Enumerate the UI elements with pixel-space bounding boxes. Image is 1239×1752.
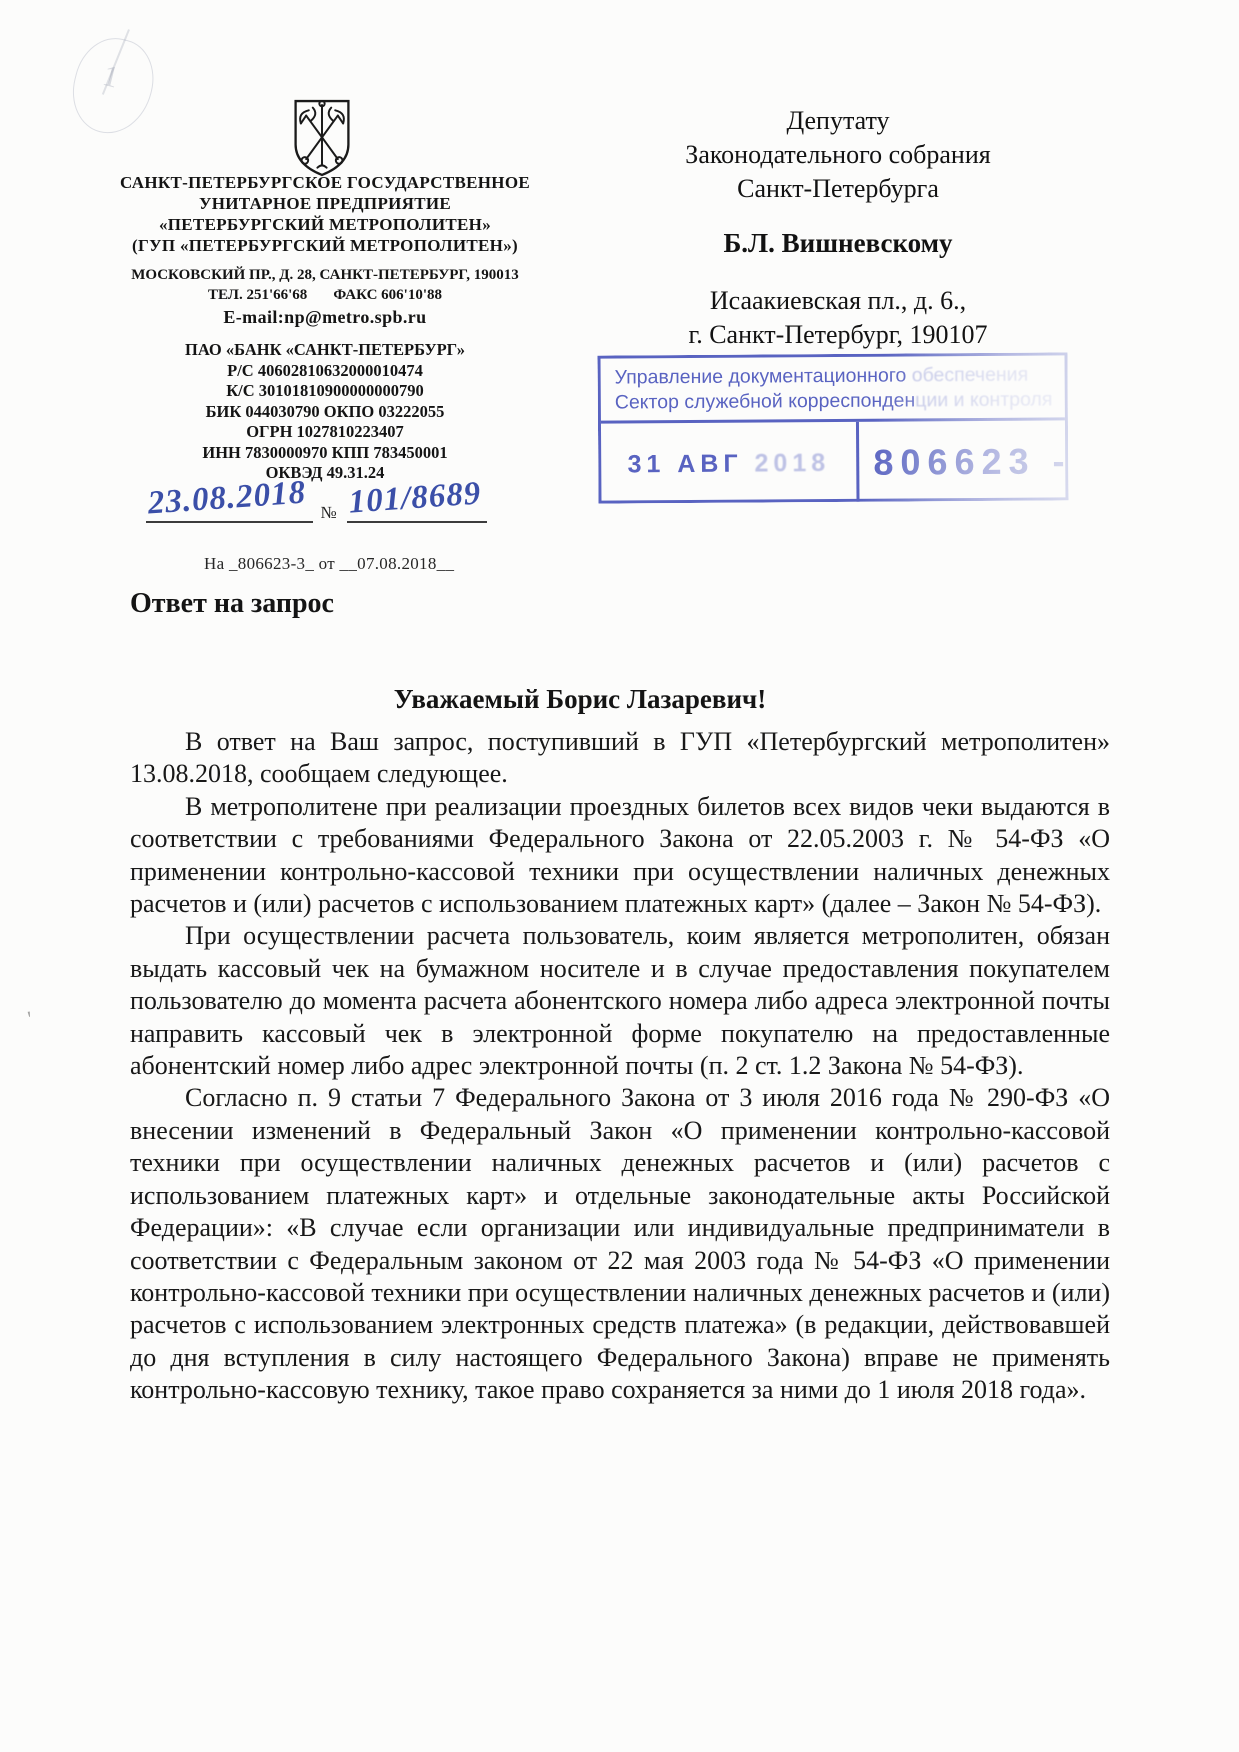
stamp-department-line: Управление документационного обеспечения	[615, 362, 1061, 390]
stamp-text: Сектор служебной корреспонден	[615, 389, 916, 413]
recipient-name: Б.Л. Вишневскому	[598, 226, 1078, 260]
bank-detail-line: ПАО «БАНК «САНКТ-ПЕТЕРБУРГ»	[100, 340, 550, 361]
spb-coat-of-arms-icon	[289, 96, 355, 180]
stamp-text: Управление документационного	[615, 364, 912, 388]
org-fax: ФАКС 606'10'88	[333, 287, 442, 303]
pencil-circle-mark: 1	[64, 30, 163, 142]
recipient-title: Законодательного собрания	[598, 138, 1078, 172]
recipient-address-line: г. Санкт-Петербург, 190107	[598, 318, 1078, 352]
stamp-date: 31 АВГ 2018	[601, 448, 856, 479]
body-paragraph: В метрополитене при реализации проездных…	[130, 791, 1110, 921]
stamp-date-daymonth: 31 АВГ	[627, 449, 754, 478]
bank-details: ПАО «БАНК «САНКТ-ПЕТЕРБУРГ» Р/С 40602810…	[100, 340, 550, 484]
handwritten-number: 101/8689	[347, 475, 482, 521]
body-paragraph: Согласно п. 9 статьи 7 Федерального Зако…	[130, 1082, 1110, 1406]
body-paragraph: В ответ на Ваш запрос, поступивший в ГУП…	[130, 726, 1110, 791]
bank-detail-line: БИК 044030790 ОКПО 03222055	[100, 402, 550, 423]
org-name-line: УНИТАРНОЕ ПРЕДПРИЯТИЕ	[100, 193, 550, 214]
scanned-letter-page: 1 ' САНКТ-ПЕТЕРБУРГСКОЕ Г	[0, 0, 1239, 1752]
stamp-department: Управление документационного обеспечения…	[601, 355, 1065, 423]
bank-detail-line: ОГРН 1027810223407	[100, 422, 550, 443]
outgoing-registration: 23.08.2018№101/8689	[146, 484, 506, 523]
org-phone: ТЕЛ. 251'66'68	[208, 287, 307, 303]
org-phone-fax: ТЕЛ. 251'66'68ФАКС 606'10'88	[100, 285, 550, 306]
org-address: МОСКОВСКИЙ ПР., Д. 28, САНКТ-ПЕТЕРБУРГ, …	[100, 265, 550, 285]
recipient-title: Депутату	[598, 104, 1078, 138]
bank-detail-line: ИНН 7830000970 КПП 783450001	[100, 443, 550, 464]
recipient-address: Исаакиевская пл., д. 6., г. Санкт-Петерб…	[598, 284, 1078, 352]
letter-subject: Ответ на запрос	[130, 588, 334, 620]
stamp-date-year: 2018	[754, 449, 830, 478]
recipient-address-line: Исаакиевская пл., д. 6.,	[598, 284, 1078, 318]
pencil-page-number: 1	[99, 59, 122, 96]
org-email: E-mail:np@metro.spb.ru	[100, 306, 550, 328]
stamp-department-line: Сектор служебной корреспонденции и контр…	[615, 387, 1061, 415]
letter-body: В ответ на Ваш запрос, поступивший в ГУП…	[130, 726, 1110, 1407]
stamp-registration-row: 31 АВГ 2018 806623 - 3	[601, 420, 1066, 505]
stamp-text-faded: ции и контроля	[915, 388, 1052, 411]
number-sign: №	[321, 503, 337, 522]
bank-detail-line: ОКВЭД 49.31.24	[100, 463, 550, 484]
letterhead: САНКТ-ПЕТЕРБУРГСКОЕ ГОСУДАРСТВЕННОЕ УНИТ…	[100, 172, 550, 484]
org-name-line: САНКТ-ПЕТЕРБУРГСКОЕ ГОСУДАРСТВЕННОЕ	[100, 172, 550, 193]
stamp-text-faded: обеспечения	[912, 364, 1029, 387]
bank-detail-line: Р/С 40602810632000010474	[100, 361, 550, 382]
recipient-block: Депутату Законодательного собрания Санкт…	[598, 104, 1078, 352]
reference-line: На _806623-3_ от __07.08.2018__	[204, 554, 454, 574]
stamp-incoming-number: 806623 - 3	[856, 420, 1116, 504]
registration-stamp: Управление документационного обеспечения…	[597, 352, 1068, 503]
recipient-title: Санкт-Петербурга	[598, 172, 1078, 206]
salutation: Уважаемый Борис Лазаревич!	[130, 684, 1030, 715]
org-name-line: (ГУП «ПЕТЕРБУРГСКИЙ МЕТРОПОЛИТЕН»)	[100, 235, 550, 256]
body-paragraph: При осуществлении расчета пользователь, …	[130, 920, 1110, 1082]
number-underline: 101/8689	[347, 484, 488, 523]
org-name-line: «ПЕТЕРБУРГСКИЙ МЕТРОПОЛИТЕН»	[100, 214, 550, 235]
stray-ink-mark: '	[26, 1006, 34, 1032]
bank-detail-line: К/С 30101810900000000790	[100, 381, 550, 402]
date-underline: 23.08.2018	[146, 484, 313, 523]
